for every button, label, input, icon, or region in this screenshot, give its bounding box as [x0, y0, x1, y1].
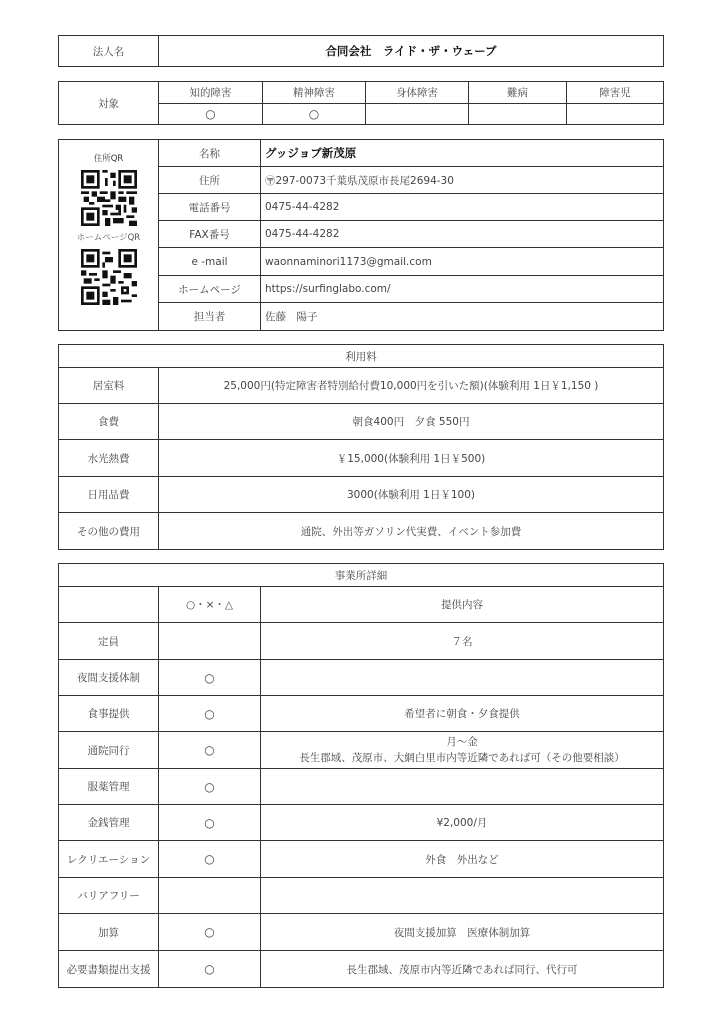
details-header-mark: ○・×・△ [159, 587, 261, 623]
corporation-name: 合同会社 ライド・ザ・ウェーブ [159, 36, 664, 67]
detail-hospital-escort-area: 長生郡域、茂原市、大網白里市内等近隣であれば可（その他要相談） [261, 750, 663, 766]
facility-table: 住所QR ホームページQR [58, 139, 664, 331]
fees-table: 利用料 居室料 25,000円(特定障害者特別給付費10,000円を引いた額)(… [58, 344, 664, 550]
detail-additions-label: 加算 [59, 914, 159, 951]
target-category-child: 障害児 [567, 82, 664, 104]
detail-additions-content: 夜間支援加算 医療体制加算 [261, 914, 664, 951]
detail-capacity-label: 定員 [59, 623, 159, 660]
facility-homepage-link[interactable]: https://surfinglabo.com/ [261, 276, 664, 303]
detail-document-support-mark: ○ [159, 951, 261, 988]
detail-meals-mark: ○ [159, 696, 261, 732]
detail-night-support-mark: ○ [159, 660, 261, 696]
detail-barrier-free-mark [159, 878, 261, 914]
detail-capacity-content: ７名 [261, 623, 664, 660]
detail-night-support-label: 夜間支援体制 [59, 660, 159, 696]
facility-phone-value: 0475-44-4282 [261, 194, 664, 221]
detail-recreation-label: レクリエーション [59, 841, 159, 878]
target-mark-intellectual: ○ [159, 103, 263, 125]
facility-fax-value: 0475-44-4282 [261, 221, 664, 248]
facility-name-value: グッジョブ新茂原 [261, 140, 664, 167]
detail-capacity-mark [159, 623, 261, 660]
detail-meals-label: 食事提供 [59, 696, 159, 732]
target-category-mental: 精神障害 [263, 82, 366, 104]
fee-room-label: 居室料 [59, 368, 159, 404]
detail-document-support-label: 必要書類提出支援 [59, 951, 159, 988]
detail-money-management-content: ¥2,000/月 [261, 805, 664, 841]
detail-barrier-free-label: バリアフリー [59, 878, 159, 914]
detail-medication-content [261, 769, 664, 805]
facility-contact-person-label: 担当者 [159, 303, 261, 331]
corporation-table: 法人名 合同会社 ライド・ザ・ウェーブ [58, 35, 664, 67]
facility-email-label: e -mail [159, 248, 261, 276]
target-mark-child [567, 103, 664, 125]
detail-recreation-mark: ○ [159, 841, 261, 878]
detail-money-management-mark: ○ [159, 805, 261, 841]
facility-phone-label: 電話番号 [159, 194, 261, 221]
details-title: 事業所詳細 [59, 564, 664, 587]
target-table: 対象 知的障害 精神障害 身体障害 難病 障害児 ○ ○ [58, 81, 664, 125]
detail-hospital-escort-label: 通院同行 [59, 732, 159, 769]
facility-name-label: 名称 [159, 140, 261, 167]
facility-fax-label: FAX番号 [159, 221, 261, 248]
details-table: 事業所詳細 ○・×・△ 提供内容 定員 ７名 夜間支援体制 ○ 食事提供 ○ 希… [58, 563, 664, 988]
fee-utilities-label: 水光熱費 [59, 440, 159, 477]
detail-additions-mark: ○ [159, 914, 261, 951]
facility-address-value: 〶297-0073千葉県茂原市長尾2694-30 [261, 167, 664, 194]
facility-email-link[interactable]: waonnaminori1173@gmail.com [261, 248, 664, 276]
detail-document-support-content: 長生郡域、茂原市内等近隣であれば同行、代行可 [261, 951, 664, 988]
qr-address-label: 住所QR [59, 152, 158, 164]
detail-barrier-free-content [261, 878, 664, 914]
qr-panel: 住所QR ホームページQR [59, 140, 159, 331]
homepage-qr-code-icon[interactable] [81, 249, 137, 305]
target-label: 対象 [59, 82, 159, 125]
details-header-item [59, 587, 159, 623]
fee-daily-goods-value: 3000(体験利用 1日￥100) [159, 477, 664, 513]
detail-hospital-escort-content: 月～金 長生郡域、茂原市、大網白里市内等近隣であれば可（その他要相談） [261, 732, 664, 769]
fee-daily-goods-label: 日用品費 [59, 477, 159, 513]
detail-money-management-label: 金銭管理 [59, 805, 159, 841]
detail-hospital-escort-mark: ○ [159, 732, 261, 769]
facility-homepage-label: ホームページ [159, 276, 261, 303]
target-category-intractable-disease: 難病 [469, 82, 567, 104]
fee-room-value: 25,000円(特定障害者特別給付費10,000円を引いた額)(体験利用 1日￥… [159, 368, 664, 404]
details-header-content: 提供内容 [261, 587, 664, 623]
fee-utilities-value: ￥15,000(体験利用 1日￥500) [159, 440, 664, 477]
target-category-intellectual: 知的障害 [159, 82, 263, 104]
fee-other-label: その他の費用 [59, 513, 159, 550]
target-mark-mental: ○ [263, 103, 366, 125]
detail-recreation-content: 外食 外出など [261, 841, 664, 878]
detail-medication-mark: ○ [159, 769, 261, 805]
target-mark-intractable-disease [469, 103, 567, 125]
target-category-physical: 身体障害 [366, 82, 469, 104]
detail-hospital-escort-days: 月～金 [261, 734, 663, 750]
address-qr-code-icon[interactable] [81, 170, 137, 226]
detail-medication-label: 服薬管理 [59, 769, 159, 805]
fees-title: 利用料 [59, 345, 664, 368]
detail-meals-content: 希望者に朝食・夕食提供 [261, 696, 664, 732]
fee-meal-value: 朝食400円 夕食 550円 [159, 404, 664, 440]
corporation-label: 法人名 [59, 36, 159, 67]
target-mark-physical [366, 103, 469, 125]
detail-night-support-content [261, 660, 664, 696]
facility-contact-person-value: 佐藤 陽子 [261, 303, 664, 331]
fee-other-value: 通院、外出等ガソリン代実費、イベント参加費 [159, 513, 664, 550]
fee-meal-label: 食費 [59, 404, 159, 440]
qr-homepage-label: ホームページQR [59, 231, 158, 243]
facility-address-label: 住所 [159, 167, 261, 194]
